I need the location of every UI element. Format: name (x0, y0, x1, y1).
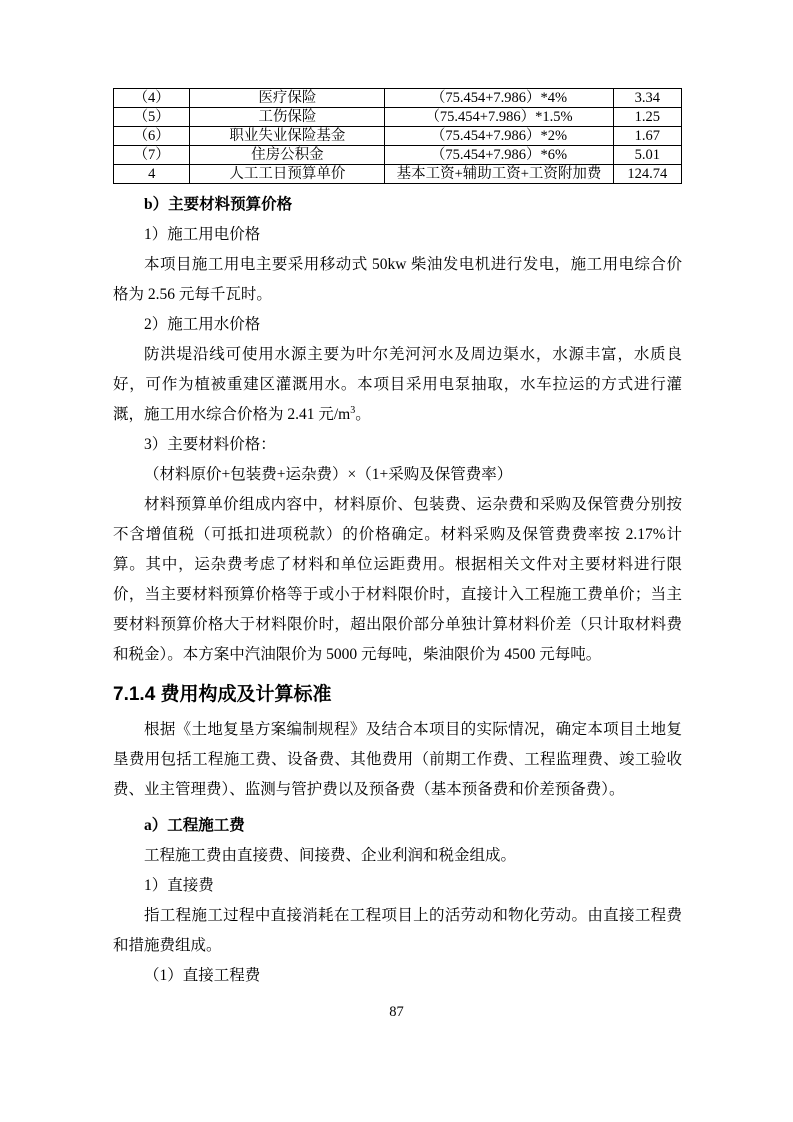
labor-cost-table: （4） 医疗保险 （75.454+7.986）*4% 3.34 （5） 工伤保险… (113, 88, 682, 184)
cell-value: 3.34 (613, 89, 681, 108)
item-water-price: 2）施工用水价格 (113, 310, 682, 340)
item-material-price: 3）主要材料价格： (113, 430, 682, 460)
heading-section-7-1-4: 7.1.4 费用构成及计算标准 (113, 679, 682, 711)
cell-value: 5.01 (613, 146, 681, 165)
table-row: （4） 医疗保险 （75.454+7.986）*4% 3.34 (114, 89, 682, 108)
para-cost-composition: 根据《土地复垦方案编制规程》及结合本项目的实际情况，确定本项目土地复垦费用包括工… (113, 715, 682, 805)
para-material-price: 材料预算单价组成内容中，材料原价、包装费、运杂费和采购及保管费分别按不含增值税（… (113, 490, 682, 670)
table-row: 4 人工工日预算单价 基本工资+辅助工资+工资附加费 124.74 (114, 165, 682, 184)
cell-formula: （75.454+7.986）*4% (385, 89, 613, 108)
para-water-text: 防洪堤沿线可使用水源主要为叶尔羌河河水及周边渠水，水源丰富，水质良好，可作为植被… (113, 346, 682, 423)
cell-item: 住房公积金 (190, 146, 385, 165)
cell-item: 医疗保险 (190, 89, 385, 108)
cell-row-no: （4） (114, 89, 190, 108)
cell-formula: （75.454+7.986）*2% (385, 127, 613, 146)
para-power-price: 本项目施工用电主要采用移动式 50kw 柴油发电机进行发电，施工用电综合价格为 … (113, 250, 682, 310)
item-power-price: 1）施工用电价格 (113, 220, 682, 250)
cell-formula: （75.454+7.986）*6% (385, 146, 613, 165)
page-number: 87 (0, 1002, 793, 1022)
cell-item: 工伤保险 (190, 108, 385, 127)
cell-row-no: 4 (114, 165, 190, 184)
item-direct-engineering-fee: （1）直接工程费 (113, 961, 682, 991)
table-row: （5） 工伤保险 （75.454+7.986）*1.5% 1.25 (114, 108, 682, 127)
heading-material-budget-price: b）主要材料预算价格 (113, 190, 682, 220)
cell-value: 1.25 (613, 108, 681, 127)
page-content: （4） 医疗保险 （75.454+7.986）*4% 3.34 （5） 工伤保险… (113, 88, 682, 991)
document-page: （4） 医疗保险 （75.454+7.986）*4% 3.34 （5） 工伤保险… (0, 0, 793, 1122)
cell-formula: 基本工资+辅助工资+工资附加费 (385, 165, 613, 184)
para-water-price: 防洪堤沿线可使用水源主要为叶尔羌河河水及周边渠水，水源丰富，水质良好，可作为植被… (113, 340, 682, 430)
cell-item: 职业失业保险基金 (190, 127, 385, 146)
cell-formula: （75.454+7.986）*1.5% (385, 108, 613, 127)
table-row: （7） 住房公积金 （75.454+7.986）*6% 5.01 (114, 146, 682, 165)
item-direct-fee: 1）直接费 (113, 871, 682, 901)
cell-value: 1.67 (613, 127, 681, 146)
para-direct-fee: 指工程施工过程中直接消耗在工程项目上的活劳动和物化劳动。由直接工程费和措施费组成… (113, 901, 682, 961)
table-row: （6） 职业失业保险基金 （75.454+7.986）*2% 1.67 (114, 127, 682, 146)
para-water-period: 。 (355, 406, 371, 423)
cell-row-no: （6） (114, 127, 190, 146)
cell-item: 人工工日预算单价 (190, 165, 385, 184)
cell-value: 124.74 (613, 165, 681, 184)
para-construction-fee: 工程施工费由直接费、间接费、企业利润和税金组成。 (113, 841, 682, 871)
heading-construction-fee: a）工程施工费 (113, 811, 682, 841)
cell-row-no: （5） (114, 108, 190, 127)
formula-material-price: （材料原价+包装费+运杂费）×（1+采购及保管费率） (113, 460, 682, 490)
cell-row-no: （7） (114, 146, 190, 165)
